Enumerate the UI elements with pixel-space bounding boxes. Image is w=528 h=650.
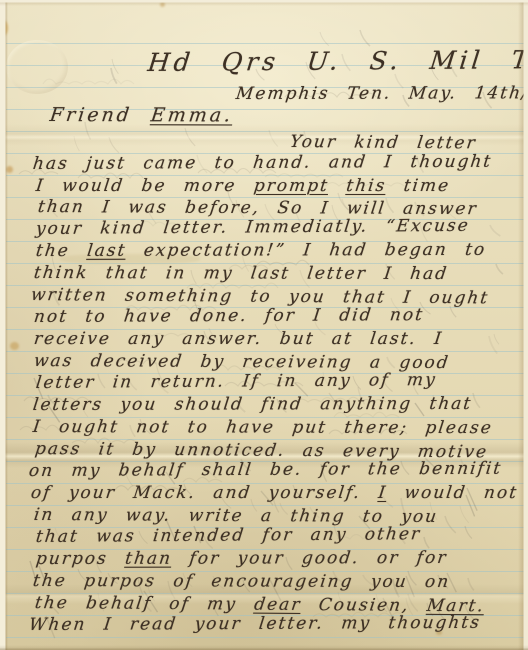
letter-line: I would be more prompt this time [35,176,452,196]
letter-line: the last expectation!” I had began to [35,240,488,261]
letter-line: on my behalf shall be. for the bennifit [28,459,503,481]
letter-line: I ought not to have put there; please [32,417,494,438]
letter-line: that was intended for any other [35,524,422,547]
paper-edge [0,645,528,650]
letter-page: Hd Qrs U. S. Mil Tel,Memphis Ten. May. 1… [0,0,528,650]
letter-line: Memphis Ten. May. 14th/63 [235,83,528,104]
letter-line: think that in my last letter I had [33,263,450,284]
letter-line: When I read your letter. my thoughts [28,613,482,635]
letter-line: the purpos of encourageing you on [32,571,452,592]
paper-stain [160,2,165,7]
paper-stain [0,20,8,36]
letter-heading: Hd Qrs U. S. Mil Tel, [146,45,528,77]
letter-line: purpos than for your good. or for [35,548,449,569]
letter-line: of your Mack. and yourself. I would not [30,483,519,503]
letter-line: letters you should find anything that [32,394,474,415]
paper-edge [0,0,8,650]
paper-stain [6,166,13,173]
letter-line: has just came to hand. and I thought [32,152,494,174]
embossed-stationer-seal [6,40,68,94]
letter-line: not to have done. for I did not [33,305,425,327]
letter-salutation: Friend Emma. [49,104,235,126]
paper-stain [10,342,19,350]
paper-edge [0,0,528,6]
letter-line: receive any answer. but at last. I [33,329,444,349]
letter-line: letter in return. If in any of my [35,370,438,393]
letter-line: Your kind letter [289,132,478,153]
letter-line: your kind letter. Immediatly. “Excuse [35,216,471,239]
